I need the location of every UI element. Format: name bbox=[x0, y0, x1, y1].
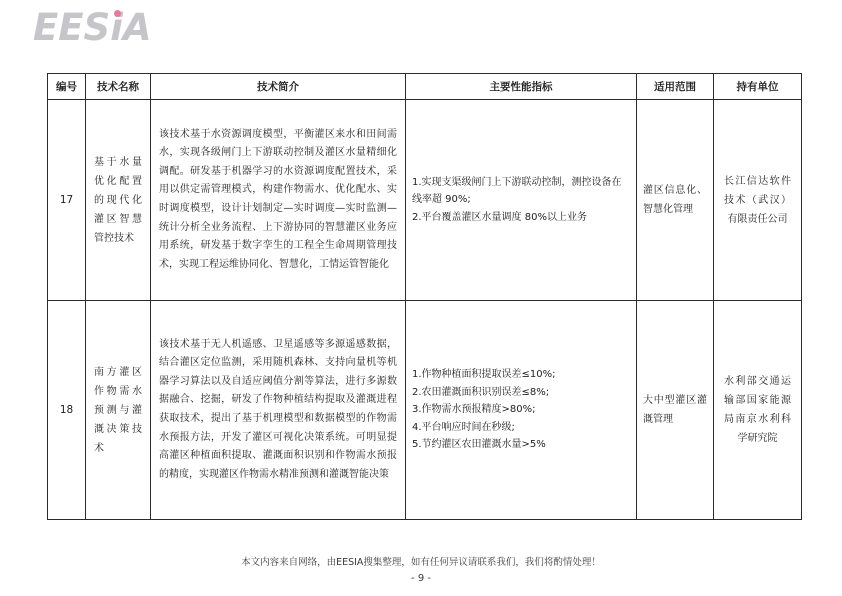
cell-indicators: 1.实现支渠级闸门上下游联动控制，测控设备在线率超 90%; 2.平台覆盖灌区水… bbox=[406, 100, 637, 301]
logo-text-right: A bbox=[123, 6, 152, 49]
logo-letter-i: i bbox=[110, 4, 123, 52]
table-row-18: 18 南方灌区作物需水预测与灌溉决策技术 该技术基于无人机遥感、卫星遥感等多源遥… bbox=[48, 301, 802, 520]
eesia-logo: EESiA bbox=[33, 4, 152, 54]
cell-number: 17 bbox=[48, 100, 86, 301]
header-scope: 适用范围 bbox=[637, 74, 714, 100]
cell-tech-name: 基于水量优化配置的现代化灌区智慧管控技术 bbox=[86, 100, 151, 301]
cell-number: 18 bbox=[48, 301, 86, 520]
cell-scope: 大中型灌区灌溉管理 bbox=[637, 301, 714, 520]
page-number: - 9 - bbox=[0, 573, 842, 585]
cell-holder: 水利部交通运输部国家能源局南京水利科学研究院 bbox=[714, 301, 802, 520]
table-row-17: 17 基于水量优化配置的现代化灌区智慧管控技术 该技术基于水资源调度模型，平衡灌… bbox=[48, 100, 802, 301]
cell-indicators: 1.作物种植面积提取误差≤10%; 2.农田灌溉面积识别误差≤8%; 3.作物需… bbox=[406, 301, 637, 520]
table-header-row: 编号 技术名称 技术简介 主要性能指标 适用范围 持有单位 bbox=[48, 74, 802, 100]
footer-disclaimer: 本文内容来自网络，由EESIA搜集整理，如有任何异议请联系我们，我们将酌情处理！ bbox=[0, 557, 842, 569]
header-number: 编号 bbox=[48, 74, 86, 100]
page-footer: 本文内容来自网络，由EESIA搜集整理，如有任何异议请联系我们，我们将酌情处理！… bbox=[0, 557, 842, 585]
cell-holder: 长江信达软件技术（武汉）有限责任公司 bbox=[714, 100, 802, 301]
logo-text-left: EES bbox=[33, 6, 110, 49]
cell-tech-intro: 该技术基于水资源调度模型，平衡灌区来水和田间需水，实现各级闸门上下游联动控制及灌… bbox=[151, 100, 406, 301]
cell-scope: 灌区信息化、智慧化管理 bbox=[637, 100, 714, 301]
cell-tech-intro: 该技术基于无人机遥感、卫星遥感等多源遥感数据，结合灌区定位监测，采用随机森林、支… bbox=[151, 301, 406, 520]
header-indicators: 主要性能指标 bbox=[406, 74, 637, 100]
cell-tech-name: 南方灌区作物需水预测与灌溉决策技术 bbox=[86, 301, 151, 520]
header-tech-intro: 技术简介 bbox=[151, 74, 406, 100]
header-holder: 持有单位 bbox=[714, 74, 802, 100]
header-tech-name: 技术名称 bbox=[86, 74, 151, 100]
technology-table: 编号 技术名称 技术简介 主要性能指标 适用范围 持有单位 17 基于水量优化配… bbox=[47, 73, 802, 520]
